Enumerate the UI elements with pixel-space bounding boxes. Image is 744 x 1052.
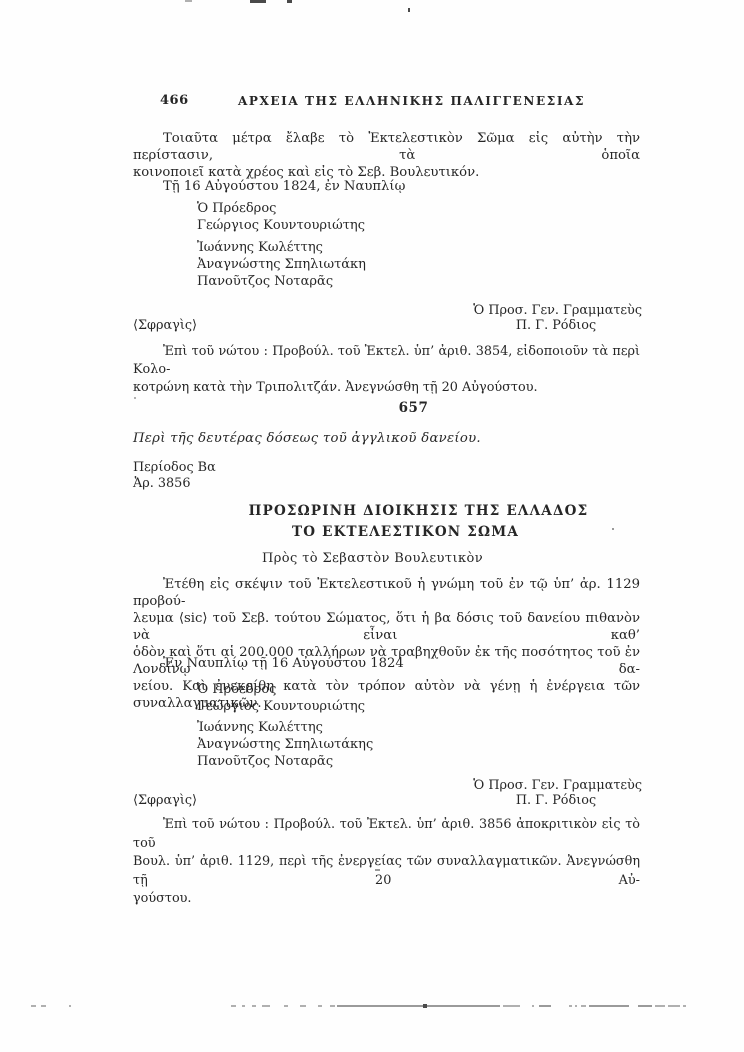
paragraph-line: Τοιαῦτα μέτρα ἔλαβε τὸ Ἐκτελεστικὸν Σῶμα… [133, 130, 640, 164]
note-line: Ἐπὶ τοῦ νώτου : Προβούλ. τοῦ Ἐκτελ. ὑπ’ … [133, 343, 640, 379]
secretary-name: Π. Γ. Ρόδιος [470, 318, 642, 333]
president-title: Ὁ Πρόεδρος [197, 681, 365, 698]
signature-members: Ἰωάννης Κωλέττης Ἀναγνώστης Σπηλιωτάκης … [197, 719, 373, 770]
president-name: Γεώργιος Κουντουριώτης [197, 698, 365, 715]
document-number: 657 [160, 400, 667, 416]
note-line: γούστου. [133, 890, 640, 909]
member-name: Πανοῦτζος Νοταρᾶς [197, 273, 366, 290]
note-line: Βουλ. ὑπ’ ἀριθ. 1129, περὶ τῆς ἐνεργείας… [133, 853, 640, 890]
running-title: ΑΡΧΕΙΑ ΤΗΣ ΕΛΛΗΝΙΚΗΣ ΠΑΛΙΓΓΕΝΕΣΙΑΣ [158, 94, 665, 108]
note-line: Ἐπὶ τοῦ νώτου : Προβούλ. τοῦ Ἐκτελ. ὑπ’ … [133, 816, 640, 853]
president-title: Ὁ Πρόεδρος [197, 200, 365, 217]
scanned-book-page: 466 ΑΡΧΕΙΑ ΤΗΣ ΕΛΛΗΝΙΚΗΣ ΠΑΛΙΓΓΕΝΕΣΙΑΣ Τ… [0, 0, 744, 1052]
paragraph-line: λευμα ⟨sic⟩ τοῦ Σεβ. τούτου Σώματος, ὅτι… [133, 610, 640, 644]
member-name: Ἀναγνώστης Σπηλιωτάκη [197, 256, 366, 273]
scan-artifact [287, 0, 292, 3]
document-subject: Περὶ τῆς δευτέρας δόσεως τοῦ ἀγγλικοῦ δα… [133, 431, 481, 446]
president-name: Γεώργιος Κουντουριώτης [197, 217, 365, 234]
secretary-name: Π. Γ. Ρόδιος [470, 793, 642, 808]
scan-artifact [134, 397, 136, 399]
dateline: Τῇ 16 Αὐγούστου 1824, ἐν Ναυπλίῳ [163, 178, 405, 195]
note-line: κοτρώνη κατὰ τὴν Τριπολιτζάν. Ἀνεγνώσθη … [133, 379, 640, 397]
member-name: Πανοῦτζος Νοταρᾶς [197, 753, 373, 770]
member-name: Ἀναγνώστης Σπηλιωτάκης [197, 736, 373, 753]
verso-note: Ἐπὶ τοῦ νώτου : Προβούλ. τοῦ Ἐκτελ. ὑπ’ … [133, 343, 640, 397]
scan-artifact [250, 0, 266, 3]
secretary-title: Ὁ Προσ. Γεν. Γραμματεὺς [470, 778, 642, 793]
reference-number: Ἀρ. 3856 [133, 476, 190, 492]
scan-artifact [185, 0, 192, 2]
scan-artifact [408, 8, 410, 12]
entry-656-paragraph: Τοιαῦτα μέτρα ἔλαβε τὸ Ἐκτελεστικὸν Σῶμα… [133, 130, 640, 181]
executive-body-heading: ΤΟ ΕΚΤΕΛΕΣΤΙΚΟΝ ΣΩΜΑ [152, 524, 659, 540]
paragraph-line: Ἐτέθη εἰς σκέψιν τοῦ Ἐκτελεστικοῦ ἡ γνώμ… [133, 576, 640, 610]
verso-note: Ἐπὶ τοῦ νώτου : Προβούλ. τοῦ Ἐκτελ. ὑπ’ … [133, 816, 640, 909]
seal-note: ⟨Σφραγὶς⟩ [133, 318, 197, 333]
signature-members: Ἰωάννης Κωλέττης Ἀναγνώστης Σπηλιωτάκη Π… [197, 239, 366, 290]
secretary-title: Ὁ Προσ. Γεν. Γραμματεὺς [470, 303, 642, 318]
seal-note: ⟨Σφραγὶς⟩ [133, 793, 197, 808]
period-line: Περίοδος Βα [133, 460, 216, 476]
administration-heading: ΠΡΟΣΩΡΙΝΗ ΔΙΟΙΚΗΣΙΣ ΤΗΣ ΕΛΛΑΔΟΣ [165, 503, 672, 519]
salutation: Πρὸς τὸ Σεβαστὸν Βουλευτικὸν [119, 551, 626, 566]
dateline: Ἐν Ναυπλίῳ τῇ 16 Αὐγούστου 1824 [163, 655, 404, 672]
member-name: Ἰωάννης Κωλέττης [197, 239, 366, 256]
member-name: Ἰωάννης Κωλέττης [197, 719, 373, 736]
secretary-block: Ὁ Προσ. Γεν. Γραμματεὺς Π. Γ. Ρόδιος [470, 778, 642, 808]
signature-block: Ὁ Πρόεδρος Γεώργιος Κουντουριώτης [197, 200, 365, 234]
signature-block: Ὁ Πρόεδρος Γεώργιος Κουντουριώτης [197, 681, 365, 715]
secretary-block: Ὁ Προσ. Γεν. Γραμματεὺς Π. Γ. Ρόδιος [470, 303, 642, 333]
